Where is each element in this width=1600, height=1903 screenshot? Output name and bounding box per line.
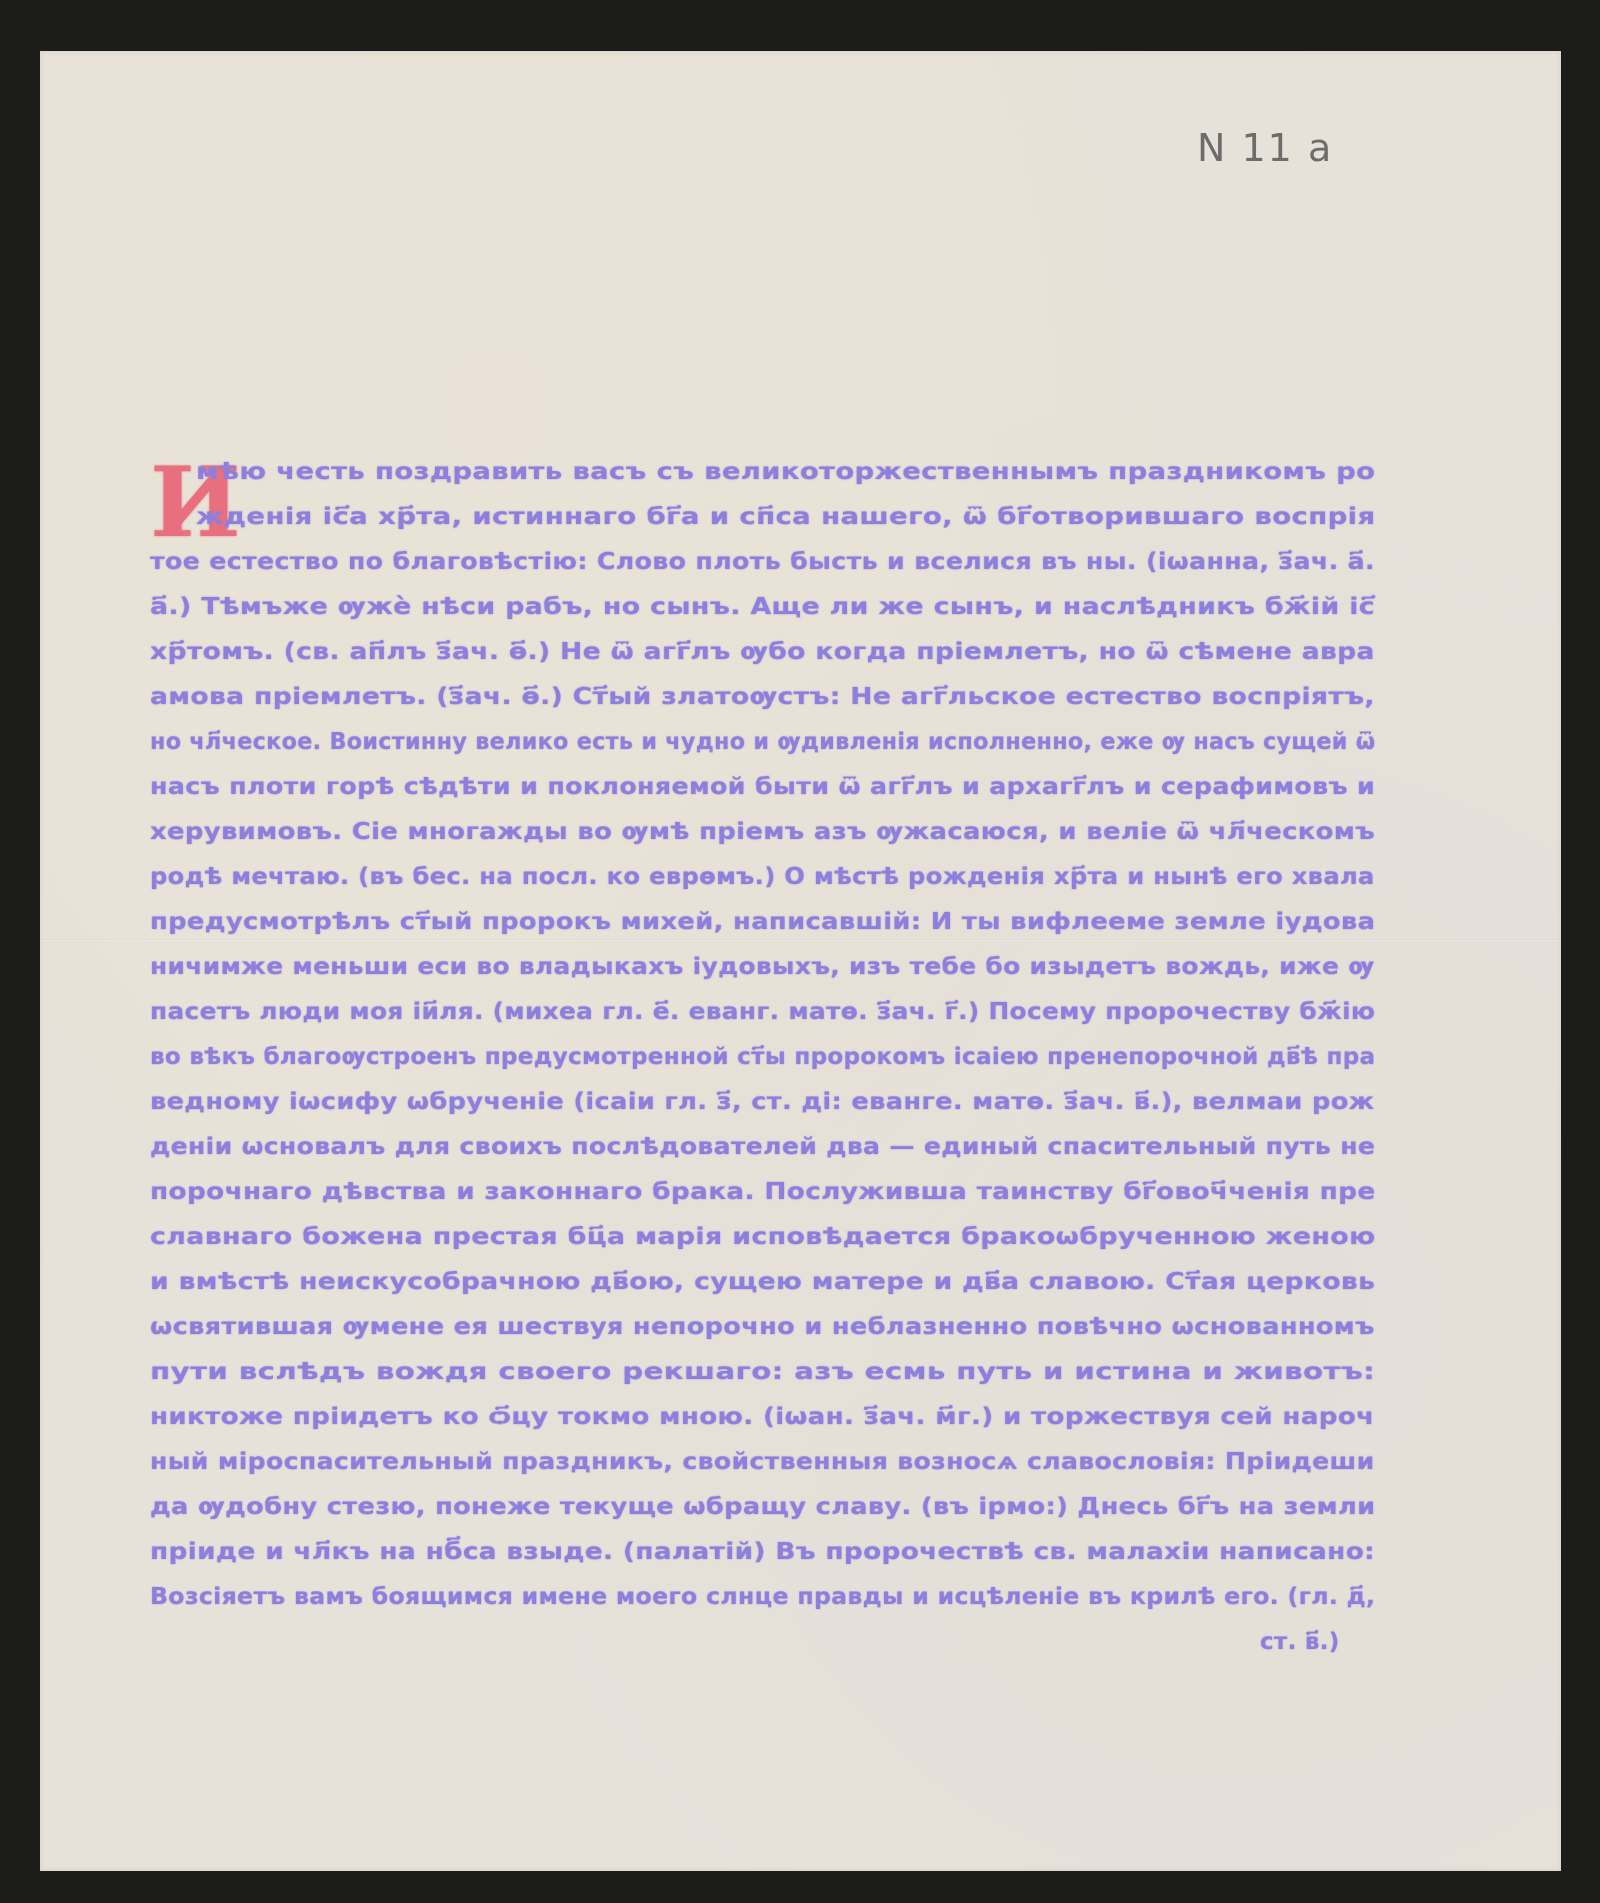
text-line: да ѹдобну стезю, понеже текуще ѡбращу сл… bbox=[150, 1494, 1375, 1534]
text-line: но чл҃ческое. Воистинну велико есть и чу… bbox=[150, 729, 1375, 769]
text-line: жденія іс҃а хр҃та, истиннаго бг҃а и сп҃с… bbox=[196, 504, 1376, 544]
text-line: Возсіяетъ вамъ боящимся имене моего слнц… bbox=[150, 1584, 1375, 1624]
text-line: ведному іѡсифу ѡбрученіе (ісаіи гл. з҃, … bbox=[150, 1089, 1375, 1129]
text-line: насъ плоти горѣ сѣдѣти и поклоняемой быт… bbox=[150, 774, 1375, 814]
text-line: родѣ мечтаю. (въ бес. на посл. ко еврѳмъ… bbox=[150, 864, 1375, 904]
text-line: никтоже пріидетъ ко ѻ҃цу токмо мною. (іѡ… bbox=[150, 1404, 1374, 1444]
text-line: ный міроспасительный праздникъ, свойстве… bbox=[150, 1449, 1375, 1489]
illuminated-initial: И bbox=[150, 457, 192, 549]
text-line: а҃.) Тѣмъже ѹжѐ нѣси рабъ, но сынъ. Аще … bbox=[150, 594, 1375, 634]
text-line: тое естество по благовѣстію: Слово плоть… bbox=[150, 549, 1375, 589]
text-line: хр҃томъ. (св. ап҃лъ з҃ач. ѳ҃.) Не ѿ агг҃… bbox=[150, 639, 1375, 679]
text-line: предусмотрѣлъ ст҃ый пророкъ михей, напис… bbox=[150, 909, 1375, 949]
text-line: пути вслѣдъ вождя своего рекшаго: азъ ес… bbox=[150, 1359, 1375, 1399]
text-line: амова пріемлетъ. (з҃ач. ѳ҃.) Ст҃ый злато… bbox=[150, 684, 1375, 724]
text-line: ничимже меньши еси во владыкахъ іудовыхъ… bbox=[150, 954, 1375, 994]
text-line: ст. в҃.) bbox=[1260, 1629, 1340, 1669]
text-line: пріиде и чл҃къ на нб҃са взыде. (палатій)… bbox=[150, 1539, 1375, 1579]
text-line: мѣю честь поздравить васъ съ великоторже… bbox=[196, 459, 1375, 499]
text-line: херувимовъ. Сіе многажды во ѹмѣ пріемъ а… bbox=[150, 819, 1375, 859]
text-line: порочнаго дѣвства и законнаго брака. Пос… bbox=[150, 1179, 1376, 1219]
archive-number: N 11 a bbox=[1197, 126, 1333, 170]
text-line: пасетъ люди моя іи҃ля. (михеа гл. е҃. ев… bbox=[150, 999, 1375, 1039]
text-line: деніи ѡсновалъ для своихъ послѣдователей… bbox=[150, 1134, 1375, 1174]
text-line: славнаго божена престая бц҃а марія испов… bbox=[150, 1224, 1376, 1264]
text-line: ѡсвятившая ѹмене ея шествуя непорочно и … bbox=[150, 1314, 1375, 1354]
manuscript-page: N 11 a И мѣю честь поздравить васъ съ ве… bbox=[40, 51, 1561, 1871]
text-line: во вѣкъ благоѹстроенъ предусмотренной ст… bbox=[150, 1044, 1375, 1084]
text-line: и вмѣстѣ неискусобрачною дв҃ою, сущею ма… bbox=[150, 1269, 1375, 1309]
